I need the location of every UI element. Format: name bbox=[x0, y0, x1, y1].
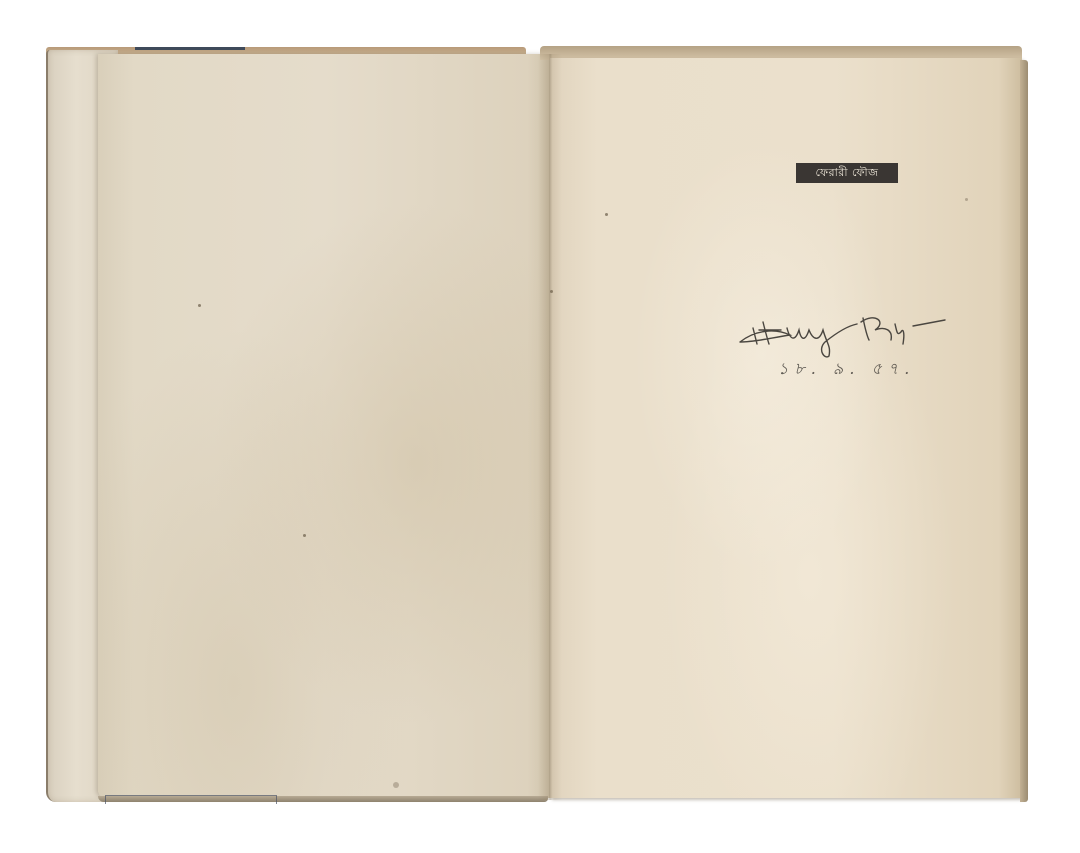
paper-speck bbox=[198, 304, 201, 307]
left-endpaper-page bbox=[98, 54, 550, 798]
right-flyleaf-page bbox=[550, 58, 1022, 798]
cover-print-fragment bbox=[105, 795, 277, 804]
paper-speck bbox=[965, 198, 968, 201]
paper-speck bbox=[605, 213, 608, 216]
signature-date: ১৮. ৯. ৫৭. bbox=[778, 356, 948, 380]
title-label: ফেরারী ফৌজ bbox=[796, 163, 898, 183]
book-gutter bbox=[538, 54, 562, 800]
handwritten-signature bbox=[735, 300, 950, 360]
cover-print-line bbox=[135, 47, 245, 50]
right-page-fore-edge bbox=[1020, 60, 1028, 802]
photo-scene: ফেরারী ফৌজ ১৮. ৯. ৫৭. bbox=[0, 0, 1080, 853]
paper-speck bbox=[303, 534, 306, 537]
paper-speck bbox=[393, 782, 399, 788]
